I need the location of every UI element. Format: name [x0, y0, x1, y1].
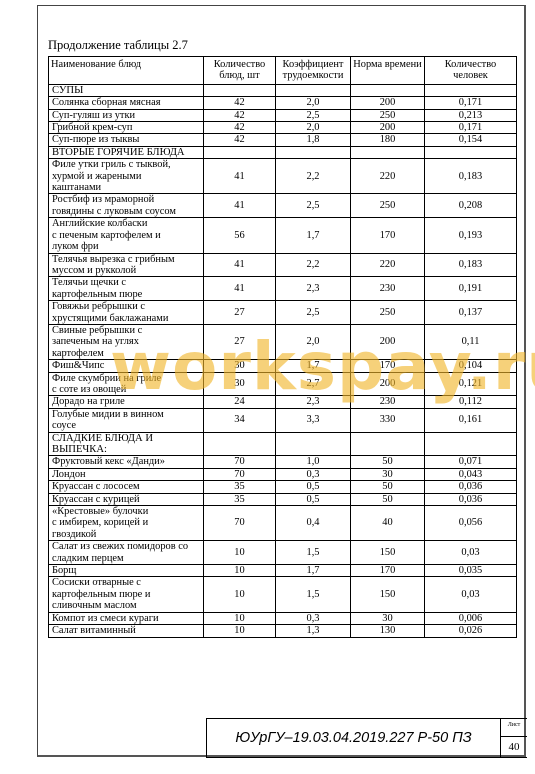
section-title: ВТОРЫЕ ГОРЯЧИЕ БЛЮДА — [49, 146, 204, 158]
dish-quantity: 27 — [204, 301, 276, 325]
dish-name: Суп-пюре из тыквы — [49, 134, 204, 146]
dish-quantity: 41 — [204, 159, 276, 194]
table-row: Салат витаминный101,31300,026 — [49, 625, 517, 637]
people-count: 0,036 — [425, 493, 517, 505]
labor-coefficient: 1,7 — [276, 218, 351, 253]
dish-quantity: 10 — [204, 577, 276, 612]
labor-coefficient: 1,0 — [276, 456, 351, 468]
table-row: Суп-гуляш из утки422,52500,213 — [49, 109, 517, 121]
labor-coefficient: 2,2 — [276, 159, 351, 194]
people-count: 0,183 — [425, 253, 517, 277]
time-norm: 40 — [351, 506, 425, 541]
empty-cell — [351, 146, 425, 158]
dish-name: Голубые мидии в винномсоусе — [49, 408, 204, 432]
labor-coefficient: 0,5 — [276, 493, 351, 505]
dish-name: Филе утки гриль с тыквой,хурмой и жарены… — [49, 159, 204, 194]
header-people-count: Количество человек — [425, 57, 517, 85]
time-norm: 220 — [351, 159, 425, 194]
people-count: 0,026 — [425, 625, 517, 637]
dish-name: Лондон — [49, 468, 204, 480]
time-norm: 200 — [351, 372, 425, 396]
table-row: Фиш&Чипс301,71700,104 — [49, 360, 517, 372]
dish-quantity: 41 — [204, 253, 276, 277]
dish-quantity: 10 — [204, 541, 276, 565]
header-quantity: Количество блюд, шт — [204, 57, 276, 85]
labor-coefficient: 2,2 — [276, 253, 351, 277]
time-norm: 130 — [351, 625, 425, 637]
empty-cell — [204, 432, 276, 456]
table-row: Филе утки гриль с тыквой,хурмой и жарены… — [49, 159, 517, 194]
table-row: Грибной крем-суп422,02000,171 — [49, 122, 517, 134]
table-row: Борщ101,71700,035 — [49, 565, 517, 577]
dish-name: Сосиски отварные скартофельным пюре исли… — [49, 577, 204, 612]
table-row: Ростбиф из мраморнойговядины с луковым с… — [49, 194, 517, 218]
empty-cell — [351, 432, 425, 456]
labor-coefficient: 2,5 — [276, 194, 351, 218]
people-count: 0,191 — [425, 277, 517, 301]
dish-name: Телячьи щечки скартофельным пюре — [49, 277, 204, 301]
header-time-norm: Норма времени — [351, 57, 425, 85]
table-row: Салат из свежих помидоров сосладким перц… — [49, 541, 517, 565]
title-block-stamp: ЮУрГУ–19.03.04.2019.227 Р-50 ПЗ — [206, 718, 527, 758]
dish-name: Английские колбаскис печеным картофелем … — [49, 218, 204, 253]
dish-quantity: 70 — [204, 506, 276, 541]
dish-quantity: 42 — [204, 122, 276, 134]
dish-name: Круассан с лососем — [49, 481, 204, 493]
dish-name: Фруктовый кекс «Данди» — [49, 456, 204, 468]
dish-name: Фиш&Чипс — [49, 360, 204, 372]
labor-coefficient: 3,3 — [276, 408, 351, 432]
labor-coefficient: 2,5 — [276, 301, 351, 325]
empty-cell — [351, 84, 425, 96]
dish-quantity: 70 — [204, 468, 276, 480]
time-norm: 200 — [351, 122, 425, 134]
people-count: 0,035 — [425, 565, 517, 577]
dish-quantity: 30 — [204, 360, 276, 372]
empty-cell — [276, 432, 351, 456]
empty-cell — [425, 432, 517, 456]
labor-coefficient: 0,3 — [276, 468, 351, 480]
sheet-label: Лист — [501, 718, 527, 737]
labor-coefficient: 1,5 — [276, 577, 351, 612]
dish-quantity: 42 — [204, 97, 276, 109]
dish-name: Ростбиф из мраморнойговядины с луковым с… — [49, 194, 204, 218]
table-row: «Крестовые» булочкис имбирем, корицей иг… — [49, 506, 517, 541]
time-norm: 250 — [351, 109, 425, 121]
time-norm: 150 — [351, 577, 425, 612]
dish-quantity: 10 — [204, 612, 276, 624]
dish-quantity: 41 — [204, 194, 276, 218]
people-count: 0,171 — [425, 97, 517, 109]
empty-cell — [204, 146, 276, 158]
dish-name: Грибной крем-суп — [49, 122, 204, 134]
dish-quantity: 42 — [204, 134, 276, 146]
table-row: Голубые мидии в винномсоусе343,33300,161 — [49, 408, 517, 432]
people-count: 0,137 — [425, 301, 517, 325]
dish-name: Солянка сборная мясная — [49, 97, 204, 109]
people-count: 0,043 — [425, 468, 517, 480]
labor-coefficient: 2,0 — [276, 324, 351, 359]
time-norm: 330 — [351, 408, 425, 432]
time-norm: 50 — [351, 481, 425, 493]
section-title: СУПЫ — [49, 84, 204, 96]
people-count: 0,193 — [425, 218, 517, 253]
dish-quantity: 34 — [204, 408, 276, 432]
table-row: Круассан с курицей350,5500,036 — [49, 493, 517, 505]
labor-coefficient: 2,7 — [276, 372, 351, 396]
labor-coefficient: 1,5 — [276, 541, 351, 565]
table-row: Сосиски отварные скартофельным пюре исли… — [49, 577, 517, 612]
table-header-row: Наименование блюд Количество блюд, шт Ко… — [49, 57, 517, 85]
dish-quantity: 42 — [204, 109, 276, 121]
people-count: 0,11 — [425, 324, 517, 359]
people-count: 0,03 — [425, 541, 517, 565]
dish-quantity: 56 — [204, 218, 276, 253]
document-code: ЮУрГУ–19.03.04.2019.227 Р-50 ПЗ — [207, 719, 500, 757]
section-title: СЛАДКИЕ БЛЮДА ИВЫПЕЧКА: — [49, 432, 204, 456]
empty-cell — [204, 84, 276, 96]
time-norm: 30 — [351, 612, 425, 624]
dish-name: Свиные ребрышки сзапеченым на угляхкарто… — [49, 324, 204, 359]
people-count: 0,183 — [425, 159, 517, 194]
dish-name: Дорадо на гриле — [49, 396, 204, 408]
table-row: Английские колбаскис печеным картофелем … — [49, 218, 517, 253]
labor-coefficient: 0,5 — [276, 481, 351, 493]
time-norm: 250 — [351, 194, 425, 218]
labor-coefficient: 2,5 — [276, 109, 351, 121]
dish-name: Борщ — [49, 565, 204, 577]
time-norm: 220 — [351, 253, 425, 277]
time-norm: 170 — [351, 360, 425, 372]
empty-cell — [276, 146, 351, 158]
table-row: Фруктовый кекс «Данди»701,0500,071 — [49, 456, 517, 468]
table-row: Солянка сборная мясная422,02000,171 — [49, 97, 517, 109]
people-count: 0,161 — [425, 408, 517, 432]
header-dish-name: Наименование блюд — [49, 57, 204, 85]
dish-name: «Крестовые» булочкис имбирем, корицей иг… — [49, 506, 204, 541]
people-count: 0,171 — [425, 122, 517, 134]
labor-coefficient: 2,0 — [276, 97, 351, 109]
dish-name: Салат витаминный — [49, 625, 204, 637]
people-count: 0,213 — [425, 109, 517, 121]
table-row: Компот из смеси кураги100,3300,006 — [49, 612, 517, 624]
labor-coefficient: 1,3 — [276, 625, 351, 637]
table-caption: Продолжение таблицы 2.7 — [48, 38, 188, 53]
labor-coefficient: 0,3 — [276, 612, 351, 624]
table-row: Свиные ребрышки сзапеченым на угляхкарто… — [49, 324, 517, 359]
dish-quantity: 70 — [204, 456, 276, 468]
header-labor-coefficient: Коэффициент трудоемкости — [276, 57, 351, 85]
sheet-box: Лист 40 — [500, 718, 527, 758]
dish-name: Компот из смеси кураги — [49, 612, 204, 624]
empty-cell — [425, 84, 517, 96]
people-count: 0,121 — [425, 372, 517, 396]
empty-cell — [425, 146, 517, 158]
time-norm: 180 — [351, 134, 425, 146]
labor-coefficient: 0,4 — [276, 506, 351, 541]
time-norm: 200 — [351, 97, 425, 109]
dish-name: Филе скумбрии на грилес соте из овощей — [49, 372, 204, 396]
section-row: СУПЫ — [49, 84, 517, 96]
dishes-table: Наименование блюд Количество блюд, шт Ко… — [48, 56, 517, 638]
dish-name: Говяжьи ребрышки схрустящими баклажанами — [49, 301, 204, 325]
table-row: Суп-пюре из тыквы421,81800,154 — [49, 134, 517, 146]
labor-coefficient: 1,7 — [276, 360, 351, 372]
people-count: 0,208 — [425, 194, 517, 218]
table-row: Круассан с лососем350,5500,036 — [49, 481, 517, 493]
people-count: 0,154 — [425, 134, 517, 146]
dish-quantity: 10 — [204, 565, 276, 577]
people-count: 0,03 — [425, 577, 517, 612]
labor-coefficient: 2,0 — [276, 122, 351, 134]
time-norm: 50 — [351, 493, 425, 505]
time-norm: 200 — [351, 324, 425, 359]
time-norm: 250 — [351, 301, 425, 325]
time-norm: 230 — [351, 396, 425, 408]
labor-coefficient: 1,8 — [276, 134, 351, 146]
time-norm: 50 — [351, 456, 425, 468]
dish-quantity: 35 — [204, 493, 276, 505]
dish-quantity: 41 — [204, 277, 276, 301]
table-row: Дорадо на гриле242,32300,112 — [49, 396, 517, 408]
table-row: Филе скумбрии на грилес соте из овощей30… — [49, 372, 517, 396]
section-row: ВТОРЫЕ ГОРЯЧИЕ БЛЮДА — [49, 146, 517, 158]
dish-name: Суп-гуляш из утки — [49, 109, 204, 121]
dish-quantity: 35 — [204, 481, 276, 493]
people-count: 0,112 — [425, 396, 517, 408]
table-row: Телячья вырезка с грибныммуссом и руккол… — [49, 253, 517, 277]
dish-name: Круассан с курицей — [49, 493, 204, 505]
people-count: 0,006 — [425, 612, 517, 624]
time-norm: 150 — [351, 541, 425, 565]
people-count: 0,071 — [425, 456, 517, 468]
section-row: СЛАДКИЕ БЛЮДА ИВЫПЕЧКА: — [49, 432, 517, 456]
dish-quantity: 27 — [204, 324, 276, 359]
empty-cell — [276, 84, 351, 96]
labor-coefficient: 2,3 — [276, 396, 351, 408]
table-row: Телячьи щечки скартофельным пюре412,3230… — [49, 277, 517, 301]
table-body: СУПЫСолянка сборная мясная422,02000,171С… — [49, 84, 517, 637]
dish-quantity: 10 — [204, 625, 276, 637]
dish-name: Телячья вырезка с грибныммуссом и руккол… — [49, 253, 204, 277]
people-count: 0,036 — [425, 481, 517, 493]
labor-coefficient: 1,7 — [276, 565, 351, 577]
dish-quantity: 30 — [204, 372, 276, 396]
sheet-number: 40 — [501, 737, 527, 757]
people-count: 0,104 — [425, 360, 517, 372]
time-norm: 170 — [351, 218, 425, 253]
time-norm: 230 — [351, 277, 425, 301]
dish-name: Салат из свежих помидоров сосладким перц… — [49, 541, 204, 565]
table-row: Лондон700,3300,043 — [49, 468, 517, 480]
people-count: 0,056 — [425, 506, 517, 541]
dish-quantity: 24 — [204, 396, 276, 408]
labor-coefficient: 2,3 — [276, 277, 351, 301]
table-row: Говяжьи ребрышки схрустящими баклажанами… — [49, 301, 517, 325]
time-norm: 170 — [351, 565, 425, 577]
time-norm: 30 — [351, 468, 425, 480]
